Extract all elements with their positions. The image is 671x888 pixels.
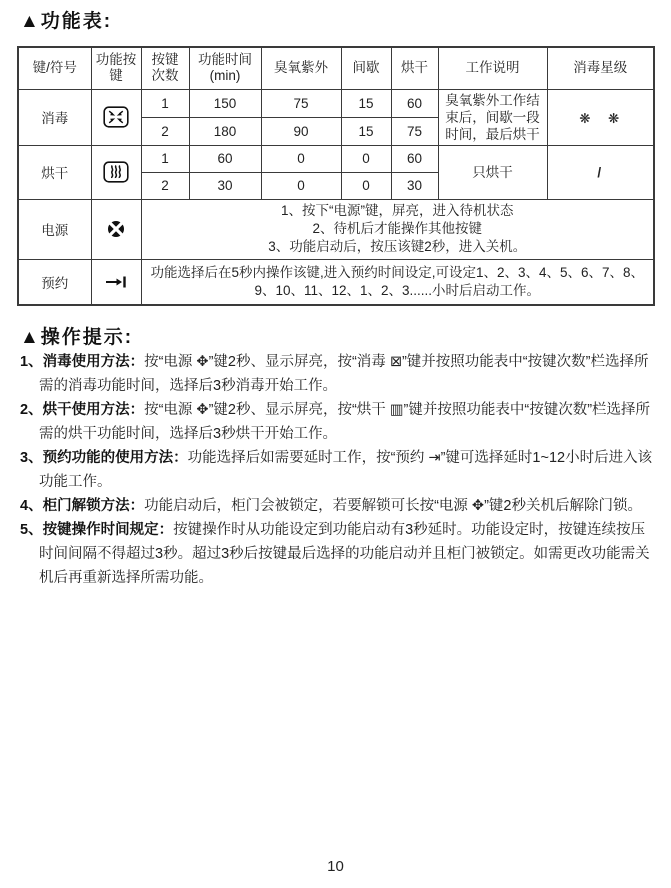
cell-pause: 0 xyxy=(341,145,391,172)
cell-ozone-uv: 0 xyxy=(261,145,341,172)
tip-item-delay-usage: 3、预约功能的使用方法：功能选择后如需要延时工作，按“预约 ⇥”键可选择延时1~… xyxy=(20,446,656,494)
header-dry: 烘干 xyxy=(391,47,438,89)
operation-tips-list: 1、消毒使用方法：按“电源 ✥”键2秒、显示屏亮，按“消毒 ⊠”键并按照功能表中… xyxy=(20,350,656,590)
cell-dry: 60 xyxy=(391,145,438,172)
tip-text: 功能启动后，柜门会被锁定，若要解锁可长按“电源 ✥”键2秒关机后解除门锁。 xyxy=(144,498,642,514)
header-work-description: 工作说明 xyxy=(438,47,547,89)
cell-ozone-uv: 90 xyxy=(261,117,341,145)
dry-heat-waves-icon xyxy=(103,164,129,179)
tip-title: 按键操作时间规定： xyxy=(43,522,174,538)
dry-row-label: 烘干 xyxy=(18,145,91,199)
cell-function-time: 150 xyxy=(189,89,261,117)
sterilize-key-cell xyxy=(91,89,141,145)
dry-star-level: / xyxy=(547,145,654,199)
sterilize-row-label: 消毒 xyxy=(18,89,91,145)
power-row-label: 电源 xyxy=(18,199,91,259)
table-row: 烘干 1 60 0 0 60 只烘干 / xyxy=(18,145,654,172)
cell-function-time: 60 xyxy=(189,145,261,172)
tip-item-sterilize-usage: 1、消毒使用方法：按“电源 ✥”键2秒、显示屏亮，按“消毒 ⊠”键并按照功能表中… xyxy=(20,350,656,398)
header-key-symbol: 键/符号 xyxy=(18,47,91,89)
manual-page: ▲功能表: 键/符号 功能按键 按键 次数 功能时间 (min) 臭氧紫外 间歇… xyxy=(0,0,671,888)
cell-dry: 75 xyxy=(391,117,438,145)
delay-work-description: 功能选择后在5秒内操作该键,进入预约时间设定,可设定1、2、3、4、5、6、7、… xyxy=(141,259,654,305)
cell-press-count: 1 xyxy=(141,145,189,172)
header-press-count: 按键 次数 xyxy=(141,47,189,89)
sterilize-work-description: 臭氧紫外工作结束后，间歇一段时间，最后烘干 xyxy=(438,89,547,145)
cell-ozone-uv: 75 xyxy=(261,89,341,117)
tip-item-dry-usage: 2、烘干使用方法：按“电源 ✥”键2秒、显示屏亮，按“烘干 ▥”键并按照功能表中… xyxy=(20,398,656,446)
table-row: 消毒 xyxy=(18,89,654,117)
header-function-time: 功能时间 (min) xyxy=(189,47,261,89)
tip-number: 3、 xyxy=(20,450,43,466)
power-work-description: 1、按下“电源”键，屏亮，进入待机状态 2、待机后才能操作其他按键 3、功能启动… xyxy=(141,199,654,259)
function-table-title: ▲功能表: xyxy=(20,6,112,33)
page-number: 10 xyxy=(0,858,671,875)
tip-number: 4、 xyxy=(20,498,43,514)
dry-work-description: 只烘干 xyxy=(438,145,547,199)
delay-key-cell xyxy=(91,259,141,305)
tip-number: 2、 xyxy=(20,402,43,418)
cell-pause: 0 xyxy=(341,172,391,199)
cell-pause: 15 xyxy=(341,89,391,117)
header-pause: 间歇 xyxy=(341,47,391,89)
function-table: 键/符号 功能按键 按键 次数 功能时间 (min) 臭氧紫外 间歇 烘干 工作… xyxy=(17,46,655,306)
tip-title: 消毒使用方法： xyxy=(43,354,145,370)
delay-arrow-to-bar-icon xyxy=(104,274,128,289)
table-header-row: 键/符号 功能按键 按键 次数 功能时间 (min) 臭氧紫外 间歇 烘干 工作… xyxy=(18,47,654,89)
tip-title: 烘干使用方法： xyxy=(43,402,145,418)
cell-press-count: 1 xyxy=(141,89,189,117)
cell-press-count: 2 xyxy=(141,117,189,145)
cell-function-time: 30 xyxy=(189,172,261,199)
power-key-cell xyxy=(91,199,141,259)
delay-row-label: 预约 xyxy=(18,259,91,305)
cell-dry: 30 xyxy=(391,172,438,199)
header-function-key: 功能按键 xyxy=(91,47,141,89)
cell-press-count: 2 xyxy=(141,172,189,199)
table-row: 电源 1、按下“电源”键，屏亮，进入待机状态 2、待机后才能操作其他按键 3、功… xyxy=(18,199,654,259)
tip-item-key-timing-rule: 5、按键操作时间规定：按键操作时从功能设定到功能启动有3秒延时。功能设定时，按键… xyxy=(20,518,656,590)
tip-title: 柜门解锁方法： xyxy=(43,498,145,514)
tip-item-door-unlock: 4、柜门解锁方法：功能启动后，柜门会被锁定，若要解锁可长按“电源 ✥”键2秒关机… xyxy=(20,494,656,518)
cell-ozone-uv: 0 xyxy=(261,172,341,199)
cell-function-time: 180 xyxy=(189,117,261,145)
operation-tips-title: ▲操作提示: xyxy=(20,322,133,349)
cell-pause: 15 xyxy=(341,117,391,145)
tip-number: 1、 xyxy=(20,354,43,370)
sterilize-star-level: ❋ ❋ xyxy=(547,89,654,145)
header-star-level: 消毒星级 xyxy=(547,47,654,89)
power-segmented-circle-icon xyxy=(106,221,126,236)
table-row: 预约 功能选择后在5秒内操作该键,进入预约时间设定,可设定1、2、3、4、5、6… xyxy=(18,259,654,305)
header-ozone-uv: 臭氧紫外 xyxy=(261,47,341,89)
tip-title: 预约功能的使用方法： xyxy=(43,450,188,466)
sterilize-arrows-inward-icon xyxy=(103,109,129,124)
dry-key-cell xyxy=(91,145,141,199)
tip-number: 5、 xyxy=(20,522,43,538)
cell-dry: 60 xyxy=(391,89,438,117)
